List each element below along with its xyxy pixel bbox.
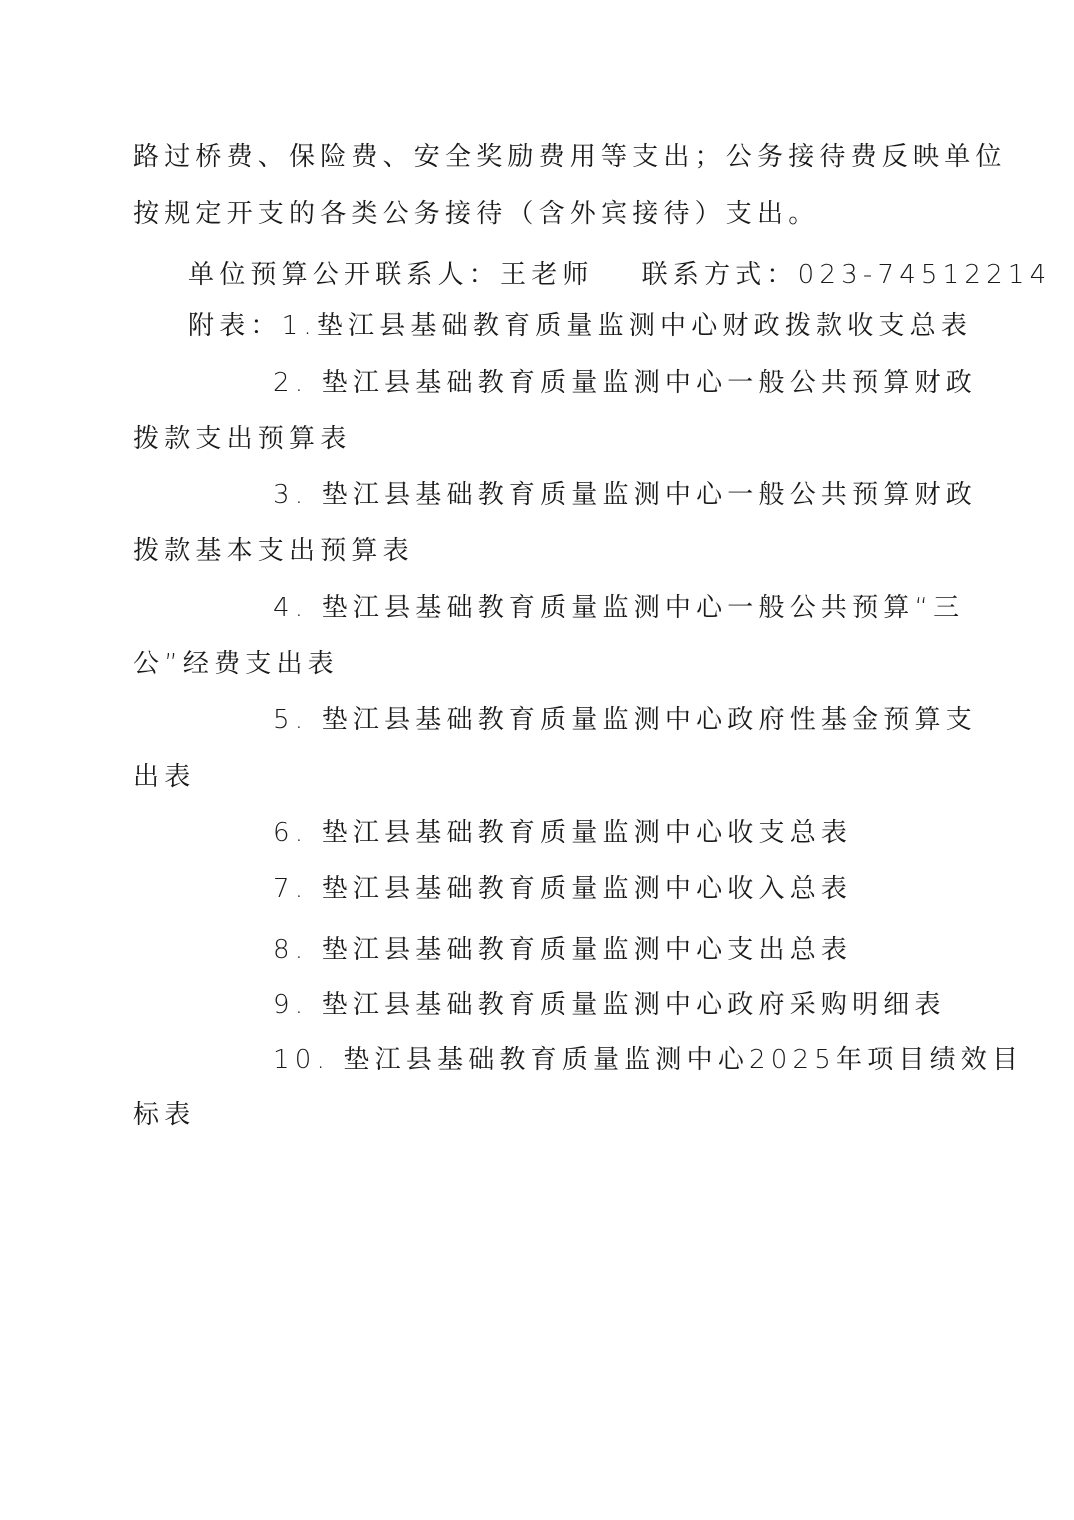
item-title: 垫江县基础教育质量监测中心收入总表 [322,874,852,904]
phone-label: 联系方式： [642,260,798,290]
attachment-item-5-cont: 出表 [133,760,195,794]
attachment-item-8: 8. 垫江县基础教育质量监测中心支出总表 [273,933,852,967]
contact-name: 王老师 [500,260,594,290]
item-title: 垫江县基础教育质量监测中心收支总表 [322,818,852,848]
attachment-item-3-cont: 拨款基本支出预算表 [133,534,414,568]
item-number: 9. [273,990,308,1020]
attachment-item-10-cont: 标表 [133,1098,195,1132]
attachment-item-1: 附表：1.垫江县基础教育质量监测中心财政拨款收支总表 [188,309,972,343]
attachment-item-9: 9. 垫江县基础教育质量监测中心政府采购明细表 [273,988,946,1022]
item-title: 垫江县基础教育质量监测中心2025年项目绩效目 [343,1045,1023,1075]
paragraph-line: 按规定开支的各类公务接待（含外宾接待）支出。 [133,197,819,231]
attachment-item-7: 7. 垫江县基础教育质量监测中心收入总表 [273,872,852,906]
attachment-item-4: 4. 垫江县基础教育质量监测中心一般公共预算“三 [273,591,964,625]
attachment-item-4-cont: 公”经费支出表 [133,647,339,681]
item-number: 3. [273,480,308,510]
item-title: 垫江县基础教育质量监测中心支出总表 [322,935,852,965]
attachment-item-10: 10. 垫江县基础教育质量监测中心2025年项目绩效目 [273,1043,1023,1077]
item-number: 8. [273,935,308,965]
item-title: 垫江县基础教育质量监测中心一般公共预算财政 [322,480,977,510]
attachment-item-2: 2. 垫江县基础教育质量监测中心一般公共预算财政 [273,366,977,400]
item-number: 6. [273,818,308,848]
item-number: 1. [282,311,317,341]
item-number: 5. [273,705,308,735]
attachment-item-3: 3. 垫江县基础教育质量监测中心一般公共预算财政 [273,478,977,512]
attachment-item-6: 6. 垫江县基础教育质量监测中心收支总表 [273,816,852,850]
item-title: 垫江县基础教育质量监测中心政府采购明细表 [322,990,946,1020]
paragraph-line: 路过桥费、保险费、安全奖励费用等支出；公务接待费反映单位 [133,140,1007,174]
item-title: 垫江县基础教育质量监测中心政府性基金预算支 [322,705,977,735]
contact-label: 单位预算公开联系人： [188,260,500,290]
phone-number: 023-74512214 [798,260,1052,290]
item-title: 垫江县基础教育质量监测中心财政拨款收支总表 [317,311,972,341]
item-number: 7. [273,874,308,904]
item-title: 垫江县基础教育质量监测中心一般公共预算“三 [322,593,965,623]
contact-line: 单位预算公开联系人：王老师联系方式：023-74512214 [188,258,1051,292]
item-number: 2. [273,368,308,398]
item-title: 垫江县基础教育质量监测中心一般公共预算财政 [322,368,977,398]
item-number: 10. [273,1045,330,1075]
item-number: 4. [273,593,308,623]
attachment-item-2-cont: 拨款支出预算表 [133,422,351,456]
attachments-label: 附表： [188,311,282,341]
attachment-item-5: 5. 垫江县基础教育质量监测中心政府性基金预算支 [273,703,977,737]
